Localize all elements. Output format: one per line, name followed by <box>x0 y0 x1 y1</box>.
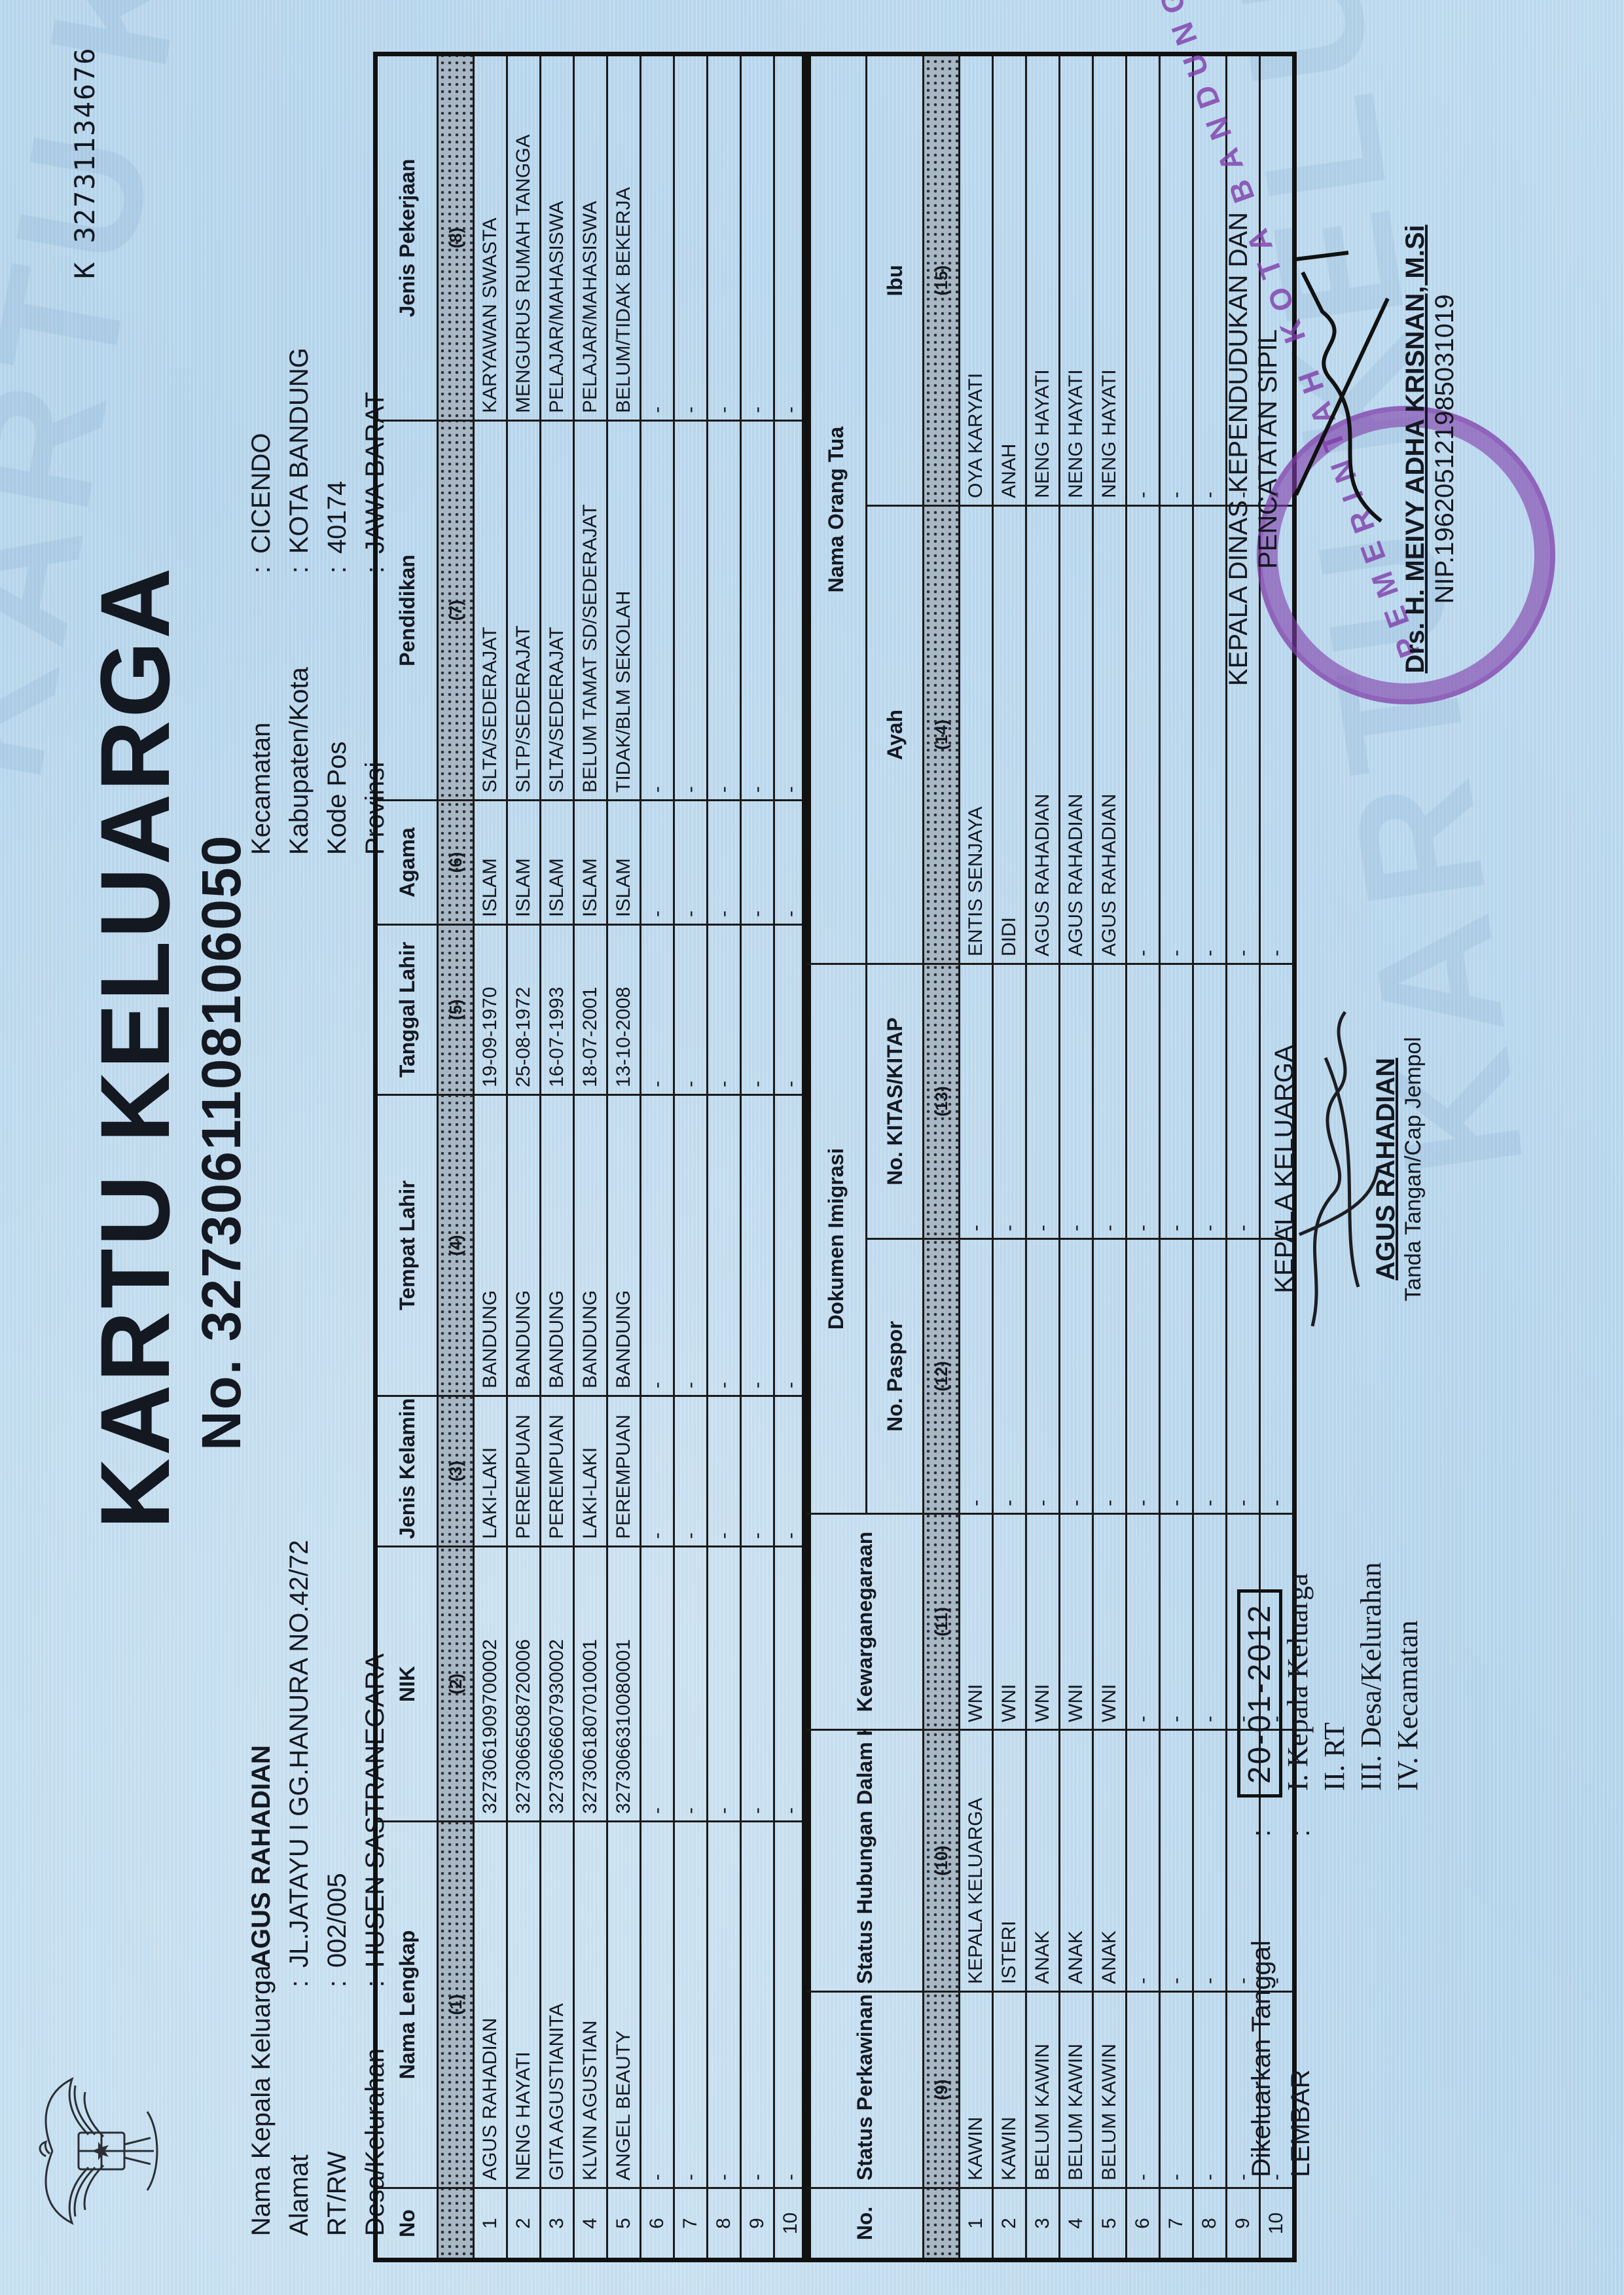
table-cell: 19-09-1970 <box>474 925 507 1095</box>
table-cell: PELAJAR/MAHASISWA <box>574 54 607 421</box>
table-cell: - <box>641 1396 674 1547</box>
table-cell: ISLAM <box>507 801 541 925</box>
table-cell: NENG HAYATI <box>1093 54 1127 506</box>
table-cell: - <box>741 421 774 801</box>
info-colon: : <box>242 1968 280 1987</box>
table-cell: - <box>1127 506 1160 964</box>
info-value: 40174 <box>318 481 356 554</box>
table-cell: 16-07-1993 <box>541 925 574 1095</box>
table-row: 1KAWINKEPALA KELUARGAWNI--ENTIS SENJAYAO… <box>960 54 993 2260</box>
table-row: 4KLVIN AGUSTIAN3273061807010001LAKI-LAKI… <box>574 54 607 2260</box>
row-number: 10 <box>1260 2188 1295 2260</box>
table-cell: - <box>674 1547 708 1822</box>
table-cell: - <box>641 54 674 421</box>
col-number: (1) <box>438 1822 474 2188</box>
info-colon: : <box>280 554 318 573</box>
table-cell: - <box>674 801 708 925</box>
row-number: 8 <box>1193 2188 1227 2260</box>
column-number-row: (9) (10) (11) (12) (13) (14) (15) <box>924 54 960 2260</box>
table-cell: - <box>960 1239 993 1514</box>
kk-number-value: 3273061108106050 <box>190 835 252 1342</box>
table-cell: KARYAWAN SWASTA <box>474 54 507 421</box>
table-row: 5BELUM KAWINANAKWNI--AGUS RAHADIANNENG H… <box>1093 54 1127 2260</box>
table-cell: - <box>741 801 774 925</box>
table-cell: - <box>708 54 741 421</box>
row-number: 4 <box>574 2188 607 2260</box>
table-cell: BELUM TAMAT SD/SEDERAJAT <box>574 421 607 801</box>
table-cell: - <box>1060 1239 1093 1514</box>
table-cell: - <box>993 964 1026 1239</box>
table-cell: - <box>1193 964 1227 1239</box>
col-header-no: No. <box>804 2188 924 2260</box>
header-info-left: Nama Kepala Keluarga : AGUS RAHADIAN Ala… <box>242 1540 394 2236</box>
col-header-tanggal-lahir: Tanggal Lahir <box>376 925 438 1095</box>
info-colon: : <box>318 1968 356 1987</box>
serial-number: K 32731134676 <box>69 46 101 279</box>
table-cell: DIDI <box>993 506 1026 964</box>
table-cell: - <box>641 925 674 1095</box>
table-cell: BANDUNG <box>541 1095 574 1396</box>
signature-scribble-icon <box>1286 973 1384 1365</box>
table-cell: - <box>1093 1239 1127 1514</box>
table-row: 6-------- <box>641 54 674 2260</box>
row-number: 7 <box>674 2188 708 2260</box>
family-head-name: AGUS RAHADIAN <box>1371 973 1401 1365</box>
col-header-nik: NIK <box>376 1547 438 1822</box>
table-cell: LAKI-LAKI <box>574 1396 607 1547</box>
table-cell: KAWIN <box>993 1992 1026 2188</box>
table-cell: 3273066607930002 <box>541 1547 574 1822</box>
table-cell: SLTA/SEDERAJAT <box>541 421 574 801</box>
info-label: Alamat <box>280 1987 318 2236</box>
table-cell: - <box>993 1239 1026 1514</box>
info-value: KOTA BANDUNG <box>280 348 318 554</box>
table-row: 3GITA AGUSTIANITA3273066607930002PEREMPU… <box>541 54 574 2260</box>
signature-scribble-icon <box>1283 128 1401 770</box>
table-cell: - <box>641 421 674 801</box>
col-header-no-kitas-kitap: No. KITAS/KITAP <box>867 964 924 1239</box>
table-cell: - <box>1160 506 1193 964</box>
col-number: (4) <box>438 1095 474 1396</box>
table-cell: ANAK <box>1060 1730 1093 1992</box>
table-cell: - <box>960 964 993 1239</box>
table-cell: KLVIN AGUSTIAN <box>574 1822 607 2188</box>
col-number: (12) <box>924 1239 960 1514</box>
table-cell: BANDUNG <box>607 1095 641 1396</box>
table-cell: - <box>1127 1239 1160 1514</box>
col-number: (9) <box>924 1992 960 2188</box>
col-number: (3) <box>438 1396 474 1547</box>
row-number: 5 <box>1093 2188 1127 2260</box>
col-header-jenis-pekerjaan: Jenis Pekerjaan <box>376 54 438 421</box>
table-cell: ANGEL BEAUTY <box>607 1822 641 2188</box>
col-number: (13) <box>924 964 960 1239</box>
col-number <box>438 2188 474 2260</box>
table-cell: KAWIN <box>960 1992 993 2188</box>
row-number: 9 <box>1227 2188 1260 2260</box>
table-cell: - <box>1127 1514 1160 1730</box>
row-number: 3 <box>541 2188 574 2260</box>
info-row-rt-rw: RT/RW : 002/005 <box>318 1540 356 2236</box>
table-cell: BELUM KAWIN <box>1026 1992 1060 2188</box>
family-members-table-body: 1AGUS RAHADIAN3273061909700002LAKI-LAKIB… <box>474 54 809 2260</box>
table-cell: PEREMPUAN <box>607 1396 641 1547</box>
official-title-line1: KEPALA DINAS KEPENDUDUKAN DAN <box>1224 128 1254 770</box>
table-cell: BANDUNG <box>574 1095 607 1396</box>
table-cell: - <box>1060 964 1093 1239</box>
table-cell: - <box>741 1547 774 1822</box>
table-row: 1AGUS RAHADIAN3273061909700002LAKI-LAKIB… <box>474 54 507 2260</box>
table-row: 4BELUM KAWINANAKWNI--AGUS RAHADIANNENG H… <box>1060 54 1093 2260</box>
table-cell: - <box>1193 1992 1227 2188</box>
table-cell: - <box>641 801 674 925</box>
table-cell: - <box>741 1396 774 1547</box>
col-number: (6) <box>438 801 474 925</box>
table-cell: BELUM/TIDAK BEKERJA <box>607 54 641 421</box>
table-cell: - <box>708 1396 741 1547</box>
info-label: Kode Pos <box>318 573 356 855</box>
table-row: 2KAWINISTERIWNI--DIDIANAH <box>993 54 1026 2260</box>
kk-number: No. 3273061108106050 <box>190 835 253 1451</box>
table-cell: - <box>1160 1514 1193 1730</box>
table-cell: - <box>708 925 741 1095</box>
table-cell: AGUS RAHADIAN <box>474 1822 507 2188</box>
table-row: 5ANGEL BEAUTY3273066310080001PEREMPUANBA… <box>607 54 641 2260</box>
table-cell: ISTERI <box>993 1730 1026 1992</box>
table-cell: BANDUNG <box>474 1095 507 1396</box>
kk-number-label: No. <box>190 1358 252 1451</box>
table-cell: - <box>1127 54 1160 506</box>
table-cell: - <box>1127 1992 1160 2188</box>
table-cell: - <box>741 54 774 421</box>
table-cell: 18-07-2001 <box>574 925 607 1095</box>
row-number: 1 <box>474 2188 507 2260</box>
info-label: Nama Kepala Keluarga <box>242 1987 280 2236</box>
kartu-keluarga-document: KARTU KELUARGA KARTU KELUARGA K 32731134… <box>0 0 1624 2295</box>
official-title-line2: PENCATATAN SIPIL <box>1254 128 1283 770</box>
column-number-row: (1) (2) (3) (4) (5) (6) (7) (8) <box>438 54 474 2260</box>
row-number: 6 <box>641 2188 674 2260</box>
info-colon: : <box>280 1968 318 1987</box>
col-number: (14) <box>924 506 960 964</box>
table-cell: - <box>641 1822 674 2188</box>
table-cell: ISLAM <box>574 801 607 925</box>
table-cell: LAKI-LAKI <box>474 1396 507 1547</box>
table-cell: 25-08-1972 <box>507 925 541 1095</box>
table-cell: ENTIS SENJAYA <box>960 506 993 964</box>
row-number: 2 <box>993 2188 1026 2260</box>
table-cell: BELUM KAWIN <box>1093 1992 1127 2188</box>
info-colon: : <box>242 554 280 573</box>
table-cell: ISLAM <box>607 801 641 925</box>
issued-date-label: Dikeluarkan Tanggal <box>1247 1940 1276 2177</box>
col-header-ibu: Ibu <box>867 54 924 506</box>
table-row: 3BELUM KAWINANAKWNI--AGUS RAHADIANNENG H… <box>1026 54 1060 2260</box>
table-cell: 13-10-2008 <box>607 925 641 1095</box>
table-cell: - <box>1026 964 1060 1239</box>
document-title: KARTU KELUARGA <box>79 565 192 1529</box>
col-number: (5) <box>438 925 474 1095</box>
info-value: 002/005 <box>318 1873 356 1968</box>
table-cell: - <box>674 1095 708 1396</box>
table-cell: - <box>1227 1239 1260 1514</box>
col-header-nama-lengkap: Nama Lengkap <box>376 1822 438 2188</box>
table-cell: 3273061807010001 <box>574 1547 607 1822</box>
table-cell: GITA AGUSTIANITA <box>541 1822 574 2188</box>
row-number: 2 <box>507 2188 541 2260</box>
table-row: 7------- <box>1160 54 1193 2260</box>
info-label: Kabupaten/Kota <box>280 573 318 855</box>
col-header-kewarganegaraan: Kewarganegaraan <box>804 1514 924 1730</box>
table-row: 8------- <box>1193 54 1227 2260</box>
col-number <box>924 2188 960 2260</box>
col-number: (11) <box>924 1514 960 1730</box>
table-cell: - <box>1127 964 1160 1239</box>
table-cell: - <box>1193 1239 1227 1514</box>
row-number: 6 <box>1127 2188 1160 2260</box>
table-cell: - <box>708 421 741 801</box>
table-cell: - <box>708 801 741 925</box>
col-number: (8) <box>438 54 474 421</box>
row-number: 5 <box>607 2188 641 2260</box>
table-cell: - <box>708 1095 741 1396</box>
lembar-label: LEMBAR <box>1286 2070 1316 2178</box>
col-number: (2) <box>438 1547 474 1822</box>
info-row-alamat: Alamat : JL.JATAYU I GG.HANURA NO.42/72 <box>280 1540 318 2236</box>
lembar-item: II. RT <box>1316 1563 1353 1791</box>
table-row: 7-------- <box>674 54 708 2260</box>
info-row-kecamatan: Kecamatan : CICENDO <box>242 348 280 855</box>
family-status-table: No. Status Perkawinan Status Hubungan Da… <box>802 52 1297 2262</box>
info-label: Kecamatan <box>242 573 280 855</box>
table-cell: AGUS RAHADIAN <box>1026 506 1060 964</box>
row-number: 8 <box>708 2188 741 2260</box>
table-cell: 3273066310080001 <box>607 1547 641 1822</box>
table-cell: - <box>741 1822 774 2188</box>
table-cell: AGUS RAHADIAN <box>1093 506 1127 964</box>
table-cell: - <box>741 1095 774 1396</box>
table-cell: WNI <box>1026 1514 1060 1730</box>
info-row-kode-pos: Kode Pos : 40174 <box>318 348 356 855</box>
official-name: Drs. H. MEIVY ADHA KRISNAN, M.Si <box>1401 128 1430 770</box>
table-cell: - <box>641 1095 674 1396</box>
table-cell: ISLAM <box>474 801 507 925</box>
garuda-emblem-icon <box>26 2072 170 2230</box>
table-cell: - <box>1093 964 1127 1239</box>
table-cell: WNI <box>993 1514 1026 1730</box>
table-cell: 3273061909700002 <box>474 1547 507 1822</box>
table-row: 6------- <box>1127 54 1160 2260</box>
info-colon: : <box>318 554 356 573</box>
col-header-pendidikan: Pendidikan <box>376 421 438 801</box>
info-row-nama-kepala-keluarga: Nama Kepala Keluarga : AGUS RAHADIAN <box>242 1540 280 2236</box>
info-row-kabupaten-kota: Kabupaten/Kota : KOTA BANDUNG <box>280 348 318 855</box>
official-nip: NIP.196205121985031019 <box>1430 128 1460 770</box>
table-header-row: No. Status Perkawinan Status Hubungan Da… <box>804 54 867 2260</box>
col-header-agama: Agama <box>376 801 438 925</box>
table-cell: NENG HAYATI <box>507 1822 541 2188</box>
table-row: 9-------- <box>741 54 774 2260</box>
table-cell: - <box>1160 964 1193 1239</box>
table-cell: ANAK <box>1026 1730 1060 1992</box>
table-cell: ISLAM <box>541 801 574 925</box>
table-cell: - <box>1193 506 1227 964</box>
issued-colon: : <box>1247 1830 1276 1837</box>
row-number: 3 <box>1026 2188 1060 2260</box>
lembar-item: IV. Kecamatan <box>1390 1563 1426 1791</box>
table-cell: - <box>741 925 774 1095</box>
table-cell: - <box>674 1396 708 1547</box>
col-number: (15) <box>924 54 960 506</box>
table-cell: ANAK <box>1093 1730 1127 1992</box>
table-cell: - <box>674 1822 708 2188</box>
table-cell: BANDUNG <box>507 1095 541 1396</box>
table-cell: - <box>674 421 708 801</box>
table-cell: PEREMPUAN <box>507 1396 541 1547</box>
table-cell: SLTP/SEDERAJAT <box>507 421 541 801</box>
table-cell: AGUS RAHADIAN <box>1060 506 1093 964</box>
table-row: 8-------- <box>708 54 741 2260</box>
table-cell: TIDAK/BLM SEKOLAH <box>607 421 641 801</box>
table-cell: - <box>1193 1514 1227 1730</box>
col-header-status-perkawinan: Status Perkawinan <box>804 1992 924 2188</box>
table-cell: SLTA/SEDERAJAT <box>474 421 507 801</box>
table-cell: KEPALA KELUARGA <box>960 1730 993 1992</box>
col-header-no-paspor: No. Paspor <box>867 1239 924 1514</box>
table-cell: - <box>1127 1730 1160 1992</box>
row-number: 7 <box>1160 2188 1193 2260</box>
info-value: CICENDO <box>242 433 280 554</box>
table-cell: - <box>674 54 708 421</box>
table-cell: NENG HAYATI <box>1060 54 1093 506</box>
table-cell: WNI <box>960 1514 993 1730</box>
table-cell: - <box>1227 964 1260 1239</box>
row-number: 9 <box>741 2188 774 2260</box>
header-info-right: Kecamatan : CICENDO Kabupaten/Kota : KOT… <box>242 348 394 855</box>
lembar-list: I. Kepala Keluarga II. RT III. Desa/Kelu… <box>1280 1563 1426 1791</box>
table-cell: - <box>1160 1239 1193 1514</box>
table-cell: ANAH <box>993 54 1026 506</box>
table-cell: PEREMPUAN <box>541 1396 574 1547</box>
col-header-tempat-lahir: Tempat Lahir <box>376 1095 438 1396</box>
table-header-row: No Nama Lengkap NIK Jenis Kelamin Tempat… <box>376 54 438 2260</box>
table-cell: WNI <box>1093 1514 1127 1730</box>
family-members-table: No Nama Lengkap NIK Jenis Kelamin Tempat… <box>373 52 811 2262</box>
family-head-caption: Tanda Tangan/Cap Jempol <box>1401 973 1426 1365</box>
table-cell: - <box>1193 1730 1227 1992</box>
info-value: AGUS RAHADIAN <box>242 1745 280 1968</box>
info-label: RT/RW <box>318 1987 356 2236</box>
table-cell: OYA KARYATI <box>960 54 993 506</box>
table-cell: - <box>708 1822 741 2188</box>
table-cell: - <box>1026 1239 1060 1514</box>
table-cell: BELUM KAWIN <box>1060 1992 1093 2188</box>
table-row: 2NENG HAYATI3273066508720006PEREMPUANBAN… <box>507 54 541 2260</box>
table-cell: NENG HAYATI <box>1026 54 1060 506</box>
col-header-no: No <box>376 2188 438 2260</box>
col-header-ayah: Ayah <box>867 506 924 964</box>
official-signature-block: KEPALA DINAS KEPENDUDUKAN DAN PENCATATAN… <box>1224 128 1460 770</box>
lembar-item: III. Desa/Kelurahan <box>1353 1563 1390 1791</box>
table-cell: - <box>641 1547 674 1822</box>
col-number: (7) <box>438 421 474 801</box>
col-number: (10) <box>924 1730 960 1992</box>
table-cell: - <box>674 925 708 1095</box>
row-number: 4 <box>1060 2188 1093 2260</box>
row-number: 1 <box>960 2188 993 2260</box>
table-cell: - <box>1160 1992 1193 2188</box>
col-header-jenis-kelamin: Jenis Kelamin <box>376 1396 438 1547</box>
table-cell: MENGURUS RUMAH TANGGA <box>507 54 541 421</box>
family-head-signature-block: KEPALA KELUARGA AGUS RAHADIAN Tanda Tang… <box>1270 973 1426 1365</box>
table-cell: WNI <box>1060 1514 1093 1730</box>
table-cell: - <box>1160 1730 1193 1992</box>
lembar-colon: : <box>1286 1830 1316 1837</box>
col-header-status-hubungan: Status Hubungan Dalam Keluarga <box>804 1730 924 1992</box>
table-cell: - <box>708 1547 741 1822</box>
table-cell: 3273066508720006 <box>507 1547 541 1822</box>
table-cell: PELAJAR/MAHASISWA <box>541 54 574 421</box>
info-value: JL.JATAYU I GG.HANURA NO.42/72 <box>280 1540 318 1968</box>
table-cell: - <box>1160 54 1193 506</box>
issued-date-value: 20-01-2012 <box>1237 1589 1282 1798</box>
lembar-item: I. Kepala Keluarga <box>1280 1563 1316 1791</box>
col-header-dokumen-imigrasi: Dokumen Imigrasi <box>804 964 867 1514</box>
col-header-nama-orang-tua: Nama Orang Tua <box>804 54 867 964</box>
